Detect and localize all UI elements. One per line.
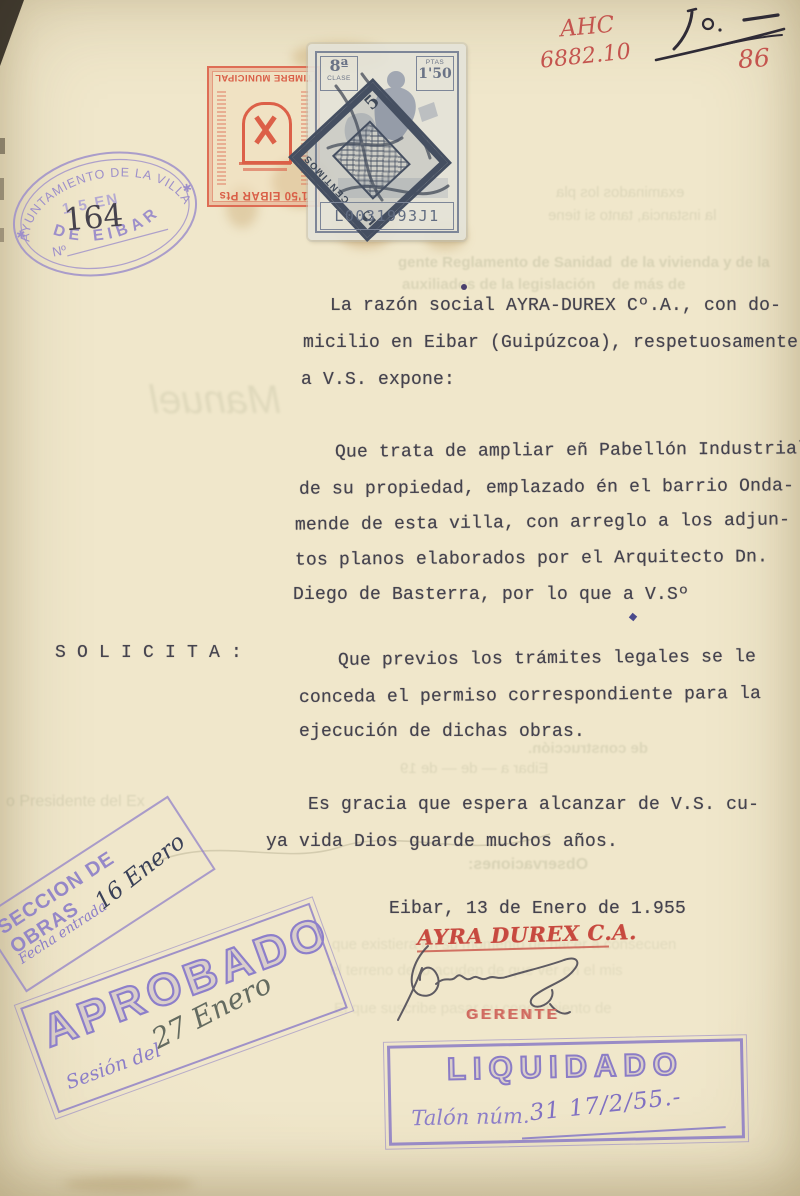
typed-line: ejecución de dichas obras.: [299, 722, 585, 742]
typed-line: mende de esta villa, con arreglo a los a…: [295, 510, 790, 535]
municipal-stamp-base: [243, 168, 287, 171]
typed-line: La razón social AYRA-DUREX Cº.A., con do…: [330, 296, 781, 316]
typed-line: ya vida Dios guarde muchos años.: [266, 832, 618, 852]
registry-stamp-number-label: Nº: [51, 242, 68, 259]
fiscal-stamp-serial-box: L0031993J1: [320, 202, 454, 230]
edge-mark: [0, 228, 4, 242]
typed-line: Diego de Basterra, por lo que a V.Sº: [293, 585, 689, 605]
centimos-overlay-shield: [332, 120, 411, 199]
solicita-label: S O L I C I T A :: [55, 643, 242, 663]
municipal-revenue-stamp: TIMBRE MUNICIPAL 1'50 EIBAR Pts: [207, 66, 320, 207]
star-icon: ✱: [15, 229, 26, 243]
ink-dot: [461, 284, 467, 290]
talon-label: Talón núm.: [411, 1104, 530, 1130]
bleedthrough-text: de construcción.: [528, 740, 648, 757]
typed-line: Que previos los trámites legales se le: [338, 647, 756, 671]
bleedthrough-text: gente Reglamento de Sanidad de la vivien…: [398, 254, 770, 271]
star-icon: ✱: [182, 182, 193, 196]
fiscal-stamp-serial: L0031993J1: [334, 207, 439, 225]
bleedthrough-text: Eibar a — de — de 19: [400, 760, 548, 777]
bleedthrough-text: o Presidente del Ex: [6, 793, 145, 811]
bleedthrough-text: examinados los pla: [556, 184, 684, 201]
bleedthrough-text: auxiliados de la legislación de más de: [402, 276, 685, 293]
folio-mark-handwritten: [652, 2, 792, 68]
photo-corner-shadow: [0, 0, 24, 66]
archive-code: AHC: [559, 12, 615, 43]
typed-line: de su propiedad, emplazado én el barrio …: [299, 476, 794, 499]
municipal-stamp-base: [239, 162, 291, 165]
municipal-stamp-ornament: [217, 90, 226, 185]
obras-stamp-title: SECCION DE OBRAS: [0, 805, 197, 959]
typed-line: micilio en Eibar (Guipúzcoa), respetuosa…: [303, 333, 798, 353]
edge-mark: [0, 138, 5, 154]
archive-code-number: 6882.10: [539, 39, 632, 73]
typed-line: conceda el permiso correspondiente para …: [299, 684, 761, 708]
municipal-stamp-bottom-band: 1'50 EIBAR Pts: [209, 189, 318, 201]
typed-line: Es gracia que espera alcanzar de V.S. cu…: [308, 795, 759, 815]
bleedthrough-signature: Manuel: [150, 378, 281, 423]
typed-line: Que trata de ampliar eñ Pabellón Industr…: [335, 439, 800, 462]
manager-stamp: GERENTE: [466, 1006, 560, 1023]
registry-number-handwritten: 164: [63, 197, 125, 238]
page-number: 86: [737, 43, 771, 74]
liquidado-title: LIQUIDADO: [390, 1045, 741, 1088]
dateline: Eibar, 13 de Enero de 1.955: [389, 899, 686, 919]
ink-dot: [629, 613, 637, 621]
centimos-overlay-value: 5: [360, 91, 383, 115]
bleedthrough-text: la instancia, tanto si tiene: [548, 207, 716, 224]
scanned-document-page: examinados los pla la instancia, tanto s…: [0, 0, 800, 1196]
fiscal-revenue-stamp: 8ª CLASE PTAS 1'50 CENTIMOS: [308, 44, 466, 240]
stain: [64, 1176, 194, 1192]
municipal-stamp-x-emblem: [253, 116, 277, 144]
typed-line: tos planos elaborados por el Arquitecto …: [295, 547, 768, 570]
liquidado-stamp: LIQUIDADO Talón núm. 31 17/2/55.-: [387, 1038, 745, 1145]
municipal-stamp-top-band: TIMBRE MUNICIPAL: [209, 72, 318, 83]
typed-line: a V.S. expone:: [301, 370, 455, 390]
